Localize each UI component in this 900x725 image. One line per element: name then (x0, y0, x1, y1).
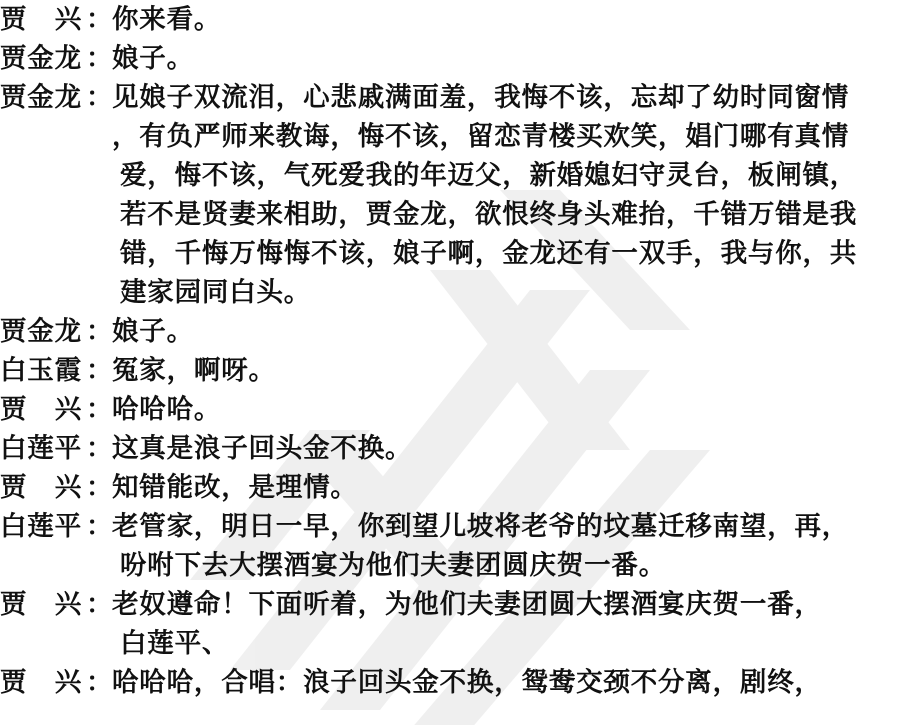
dialogue-text: 白莲平、 (120, 624, 229, 663)
dialogue-line: 白玉霞 ： 冤家，啊呀。 (0, 351, 900, 390)
speaker-colon: ： (86, 312, 113, 351)
dialogue-text: 娘子。 (112, 312, 194, 351)
dialogue-text: 见娘子双流泪，心悲戚满面羞，我悔不该，忘却了幼时同窗情 (112, 78, 849, 117)
dialogue-line: 贾金龙 ： 见娘子双流泪，心悲戚满面羞，我悔不该，忘却了幼时同窗情 (0, 78, 900, 117)
speaker-colon: ： (86, 507, 113, 546)
speaker-colon: ： (86, 39, 113, 78)
speaker-colon: ： (86, 78, 113, 117)
dialogue-text: 爱，悔不该，气死爱我的年迈父，新婚媳妇守灵台，板闸镇， (120, 156, 857, 195)
dialogue-line: 贾金龙 ： 娘子。 (0, 312, 900, 351)
dialogue-line: 贾 兴 ： 老奴遵命！下面听着，为他们夫妻团圆大摆酒宴庆贺一番， (0, 585, 900, 624)
dialogue-text: 你来看。 (112, 0, 221, 39)
dialogue-text: 若不是贤妻来相助，贾金龙，欲恨终身头难抬，千错万错是我 (120, 195, 857, 234)
speaker-colon: ： (86, 468, 113, 507)
dialogue-continuation: 建家园同白头。 (0, 273, 900, 312)
dialogue-line: 贾金龙 ： 娘子。 (0, 39, 900, 78)
speaker-char: 贾 (0, 468, 27, 507)
dialogue-text: 错，千悔万悔悔不该，娘子啊，金龙还有一双手，我与你，共 (120, 234, 857, 273)
speaker-colon: ： (86, 663, 113, 702)
speaker-char: 贾 (0, 585, 27, 624)
speaker-colon: ： (86, 390, 113, 429)
speaker-char: 兴 (55, 663, 82, 702)
speaker-colon: ： (86, 585, 113, 624)
speaker-char: 贾 (0, 390, 27, 429)
dialogue-continuation: 吩咐下去大摆酒宴为他们夫妻团圆庆贺一番。 (0, 546, 900, 585)
dialogue-continuation: 错，千悔万悔悔不该，娘子啊，金龙还有一双手，我与你，共 (0, 234, 900, 273)
dialogue-text: 冤家，啊呀。 (112, 351, 276, 390)
dialogue-line: 白莲平 ： 这真是浪子回头金不换。 (0, 429, 900, 468)
speaker-colon: ： (86, 0, 113, 39)
speaker-char: 兴 (55, 0, 82, 39)
dialogue-line: 贾 兴 ： 哈哈哈，合唱：浪子回头金不换，鸳鸯交颈不分离，剧终， (0, 663, 900, 702)
dialogue-text: ，有负严师来教诲，悔不该，留恋青楼买欢笑，娼门哪有真情 (112, 117, 849, 156)
dialogue-text: 建家园同白头。 (120, 273, 311, 312)
speaker-char: 兴 (55, 390, 82, 429)
dialogue-text: 这真是浪子回头金不换。 (112, 429, 412, 468)
dialogue-continuation: 爱，悔不该，气死爱我的年迈父，新婚媳妇守灵台，板闸镇， (0, 156, 900, 195)
speaker-char: 兴 (55, 468, 82, 507)
speaker-char: 贾 (0, 663, 27, 702)
speaker-colon: ： (86, 351, 113, 390)
dialogue-text: 老奴遵命！下面听着，为他们夫妻团圆大摆酒宴庆贺一番， (112, 585, 822, 624)
speaker-char: 贾 (0, 0, 27, 39)
dialogue-line: 贾 兴 ： 你来看。 (0, 0, 900, 39)
speaker-char: 兴 (55, 585, 82, 624)
dialogue-continuation: ，有负严师来教诲，悔不该，留恋青楼买欢笑，娼门哪有真情 (0, 117, 900, 156)
dialogue-text: 娘子。 (112, 39, 194, 78)
script-body: 贾 兴 ： 你来看。 贾金龙 ： 娘子。 贾金龙 ： 见娘子双流泪，心悲戚满面羞… (0, 0, 900, 702)
dialogue-text: 老管家，明日一早，你到望儿坡将老爷的坟墓迁移南望，再， (112, 507, 849, 546)
dialogue-continuation: 白莲平、 (0, 624, 900, 663)
dialogue-text: 知错能改，是理情。 (112, 468, 358, 507)
dialogue-text: 哈哈哈，合唱：浪子回头金不换，鸳鸯交颈不分离，剧终， (112, 663, 822, 702)
dialogue-line: 贾 兴 ： 知错能改，是理情。 (0, 468, 900, 507)
dialogue-text: 哈哈哈。 (112, 390, 221, 429)
dialogue-continuation: 若不是贤妻来相助，贾金龙，欲恨终身头难抬，千错万错是我 (0, 195, 900, 234)
speaker-colon: ： (86, 429, 113, 468)
dialogue-line: 贾 兴 ： 哈哈哈。 (0, 390, 900, 429)
dialogue-text: 吩咐下去大摆酒宴为他们夫妻团圆庆贺一番。 (120, 546, 666, 585)
dialogue-line: 白莲平 ： 老管家，明日一早，你到望儿坡将老爷的坟墓迁移南望，再， (0, 507, 900, 546)
